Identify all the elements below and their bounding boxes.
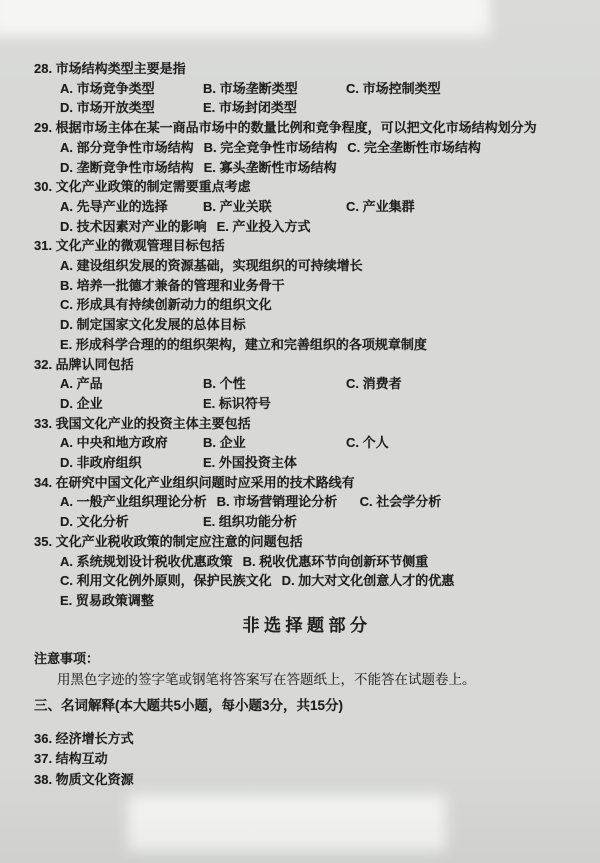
option-row: B. 培养一批德才兼备的管理和业务骨干 (60, 276, 580, 296)
option: E. 寡头垄断性市场结构 (204, 158, 337, 178)
option: C. 个人 (346, 433, 389, 453)
option: C. 市场控制类型 (346, 79, 441, 99)
option: B. 企业 (203, 433, 346, 453)
option: C. 形成具有持续创新动力的组织文化 (60, 295, 272, 315)
option-row: D. 市场开放类型E. 市场封闭类型 (60, 98, 580, 118)
question-block: 35. 文化产业税收政策的制定应注意的问题包括A. 系统规划设计税收优惠政策B.… (34, 532, 580, 611)
exam-page: 28. 市场结构类型主要是指A. 市场竞争类型B. 市场垄断类型C. 市场控制类… (0, 0, 600, 863)
question-block: 28. 市场结构类型主要是指A. 市场竞争类型B. 市场垄断类型C. 市场控制类… (34, 59, 580, 118)
option: A. 部分竞争性市场结构 (60, 138, 204, 158)
option: B. 完全竞争性市场结构 (204, 138, 348, 158)
option: B. 个性 (203, 374, 346, 394)
question-block: 32. 品牌认同包括A. 产品B. 个性C. 消费者D. 企业E. 标识符号 (34, 355, 580, 414)
option: A. 产品 (60, 374, 203, 394)
notice-label: 注意事项： (34, 649, 580, 669)
option-row: D. 企业E. 标识符号 (60, 394, 580, 414)
question-block: 33. 我国文化产业的投资主体主要包括A. 中央和地方政府B. 企业C. 个人D… (34, 414, 580, 473)
option: D. 加大对文化创意人才的优惠 (282, 571, 455, 591)
option: E. 形成科学合理的的组织架构，建立和完善组织的各项规章制度 (60, 335, 427, 355)
option-row: C. 利用文化例外原则，保护民族文化D. 加大对文化创意人才的优惠 (60, 571, 580, 591)
option-row: A. 一般产业组织理论分析B. 市场营销理论分析C. 社会学分析 (60, 492, 580, 512)
option-row: A. 先导产业的选择B. 产业关联C. 产业集群 (60, 197, 580, 217)
definition-item: 38. 物质文化资源 (34, 770, 580, 791)
option: A. 中央和地方政府 (60, 433, 203, 453)
option: E. 贸易政策调整 (60, 591, 154, 611)
question-block: 34. 在研究中国文化产业组织问题时应采用的技术路线有A. 一般产业组织理论分析… (34, 473, 580, 532)
option: B. 培养一批德才兼备的管理和业务骨干 (60, 276, 285, 296)
option-row: A. 建设组织发展的资源基础，实现组织的可持续增长 (60, 256, 580, 276)
option-row: D. 制定国家文化发展的总体目标 (60, 315, 580, 335)
option: D. 非政府组织 (60, 453, 203, 473)
option-row: E. 贸易政策调整 (60, 591, 580, 611)
option: E. 标识符号 (203, 394, 271, 414)
question-block: 29. 根据市场主体在某一商品市场中的数量比例和竞争程度，可以把文化市场结构划分… (34, 118, 580, 177)
option: E. 市场封闭类型 (203, 98, 297, 118)
option-row: A. 中央和地方政府B. 企业C. 个人 (60, 433, 580, 453)
option: D. 文化分析 (60, 512, 203, 532)
option: C. 产业集群 (346, 197, 415, 217)
option: B. 产业关联 (203, 197, 346, 217)
option: C. 消费者 (346, 374, 402, 394)
option: A. 市场竞争类型 (60, 79, 203, 99)
question-stem: 28. 市场结构类型主要是指 (34, 59, 580, 79)
section-heading: 非选择题部分 (34, 613, 580, 639)
option-row: A. 市场竞争类型B. 市场垄断类型C. 市场控制类型 (60, 79, 580, 99)
option-row: E. 形成科学合理的的组织架构，建立和完善组织的各项规章制度 (60, 335, 580, 355)
option: A. 先导产业的选择 (60, 197, 203, 217)
option: C. 利用文化例外原则，保护民族文化 (60, 571, 282, 591)
option-row: C. 形成具有持续创新动力的组织文化 (60, 295, 580, 315)
option-row: D. 非政府组织E. 外国投资主体 (60, 453, 580, 473)
question-block: 31. 文化产业的微观管理目标包括A. 建设组织发展的资源基础，实现组织的可持续… (34, 236, 580, 354)
option-row: A. 系统规划设计税收优惠政策B. 税收优惠环节向创新环节侧重 (60, 552, 580, 572)
option-row: D. 文化分析E. 组织功能分析 (60, 512, 580, 532)
question-list: 28. 市场结构类型主要是指A. 市场竞争类型B. 市场垄断类型C. 市场控制类… (34, 59, 580, 611)
definition-list: 36. 经济增长方式37. 结构互动38. 物质文化资源 (34, 729, 580, 791)
option: E. 产业投入方式 (217, 217, 311, 237)
scan-light-patch-bottom (128, 795, 446, 851)
question-block: 30. 文化产业政策的制定需要重点考虑A. 先导产业的选择B. 产业关联C. 产… (34, 177, 580, 236)
option: C. 完全垄断性市场结构 (347, 138, 481, 158)
definition-item: 37. 结构互动 (34, 749, 580, 770)
question-stem: 30. 文化产业政策的制定需要重点考虑 (34, 177, 580, 197)
option: D. 市场开放类型 (60, 98, 203, 118)
option-row: D. 垄断竞争性市场结构E. 寡头垄断性市场结构 (60, 158, 580, 178)
question-stem: 29. 根据市场主体在某一商品市场中的数量比例和竞争程度，可以把文化市场结构划分… (34, 118, 580, 138)
option: E. 组织功能分析 (203, 512, 297, 532)
option: C. 社会学分析 (360, 492, 442, 512)
option: D. 技术因素对产业的影响 (60, 217, 217, 237)
question-stem: 32. 品牌认同包括 (34, 355, 580, 375)
question-stem: 34. 在研究中国文化产业组织问题时应采用的技术路线有 (34, 473, 580, 493)
page-content: 28. 市场结构类型主要是指A. 市场竞争类型B. 市场垄断类型C. 市场控制类… (34, 59, 580, 790)
option-row: A. 部分竞争性市场结构B. 完全竞争性市场结构C. 完全垄断性市场结构 (60, 138, 580, 158)
option-row: A. 产品B. 个性C. 消费者 (60, 374, 580, 394)
option-row: D. 技术因素对产业的影响E. 产业投入方式 (60, 217, 580, 237)
scan-light-patch-top (0, 0, 490, 36)
option: D. 企业 (60, 394, 203, 414)
definition-item: 36. 经济增长方式 (34, 729, 580, 750)
part3-heading: 三、名词解释(本大题共5小题，每小题3分，共15分) (34, 696, 580, 716)
question-stem: 31. 文化产业的微观管理目标包括 (34, 236, 580, 256)
notice-text: 用黑色字迹的签字笔或钢笔将答案写在答题纸上，不能答在试题卷上。 (57, 670, 580, 690)
option: A. 建设组织发展的资源基础，实现组织的可持续增长 (60, 256, 363, 276)
option: A. 系统规划设计税收优惠政策 (60, 552, 243, 572)
question-stem: 35. 文化产业税收政策的制定应注意的问题包括 (34, 532, 580, 552)
option: B. 市场营销理论分析 (217, 492, 360, 512)
option: E. 外国投资主体 (203, 453, 297, 473)
option: B. 税收优惠环节向创新环节侧重 (243, 552, 429, 572)
option: D. 垄断竞争性市场结构 (60, 158, 204, 178)
option: D. 制定国家文化发展的总体目标 (60, 315, 246, 335)
question-stem: 33. 我国文化产业的投资主体主要包括 (34, 414, 580, 434)
option: A. 一般产业组织理论分析 (60, 492, 217, 512)
option: B. 市场垄断类型 (203, 79, 346, 99)
